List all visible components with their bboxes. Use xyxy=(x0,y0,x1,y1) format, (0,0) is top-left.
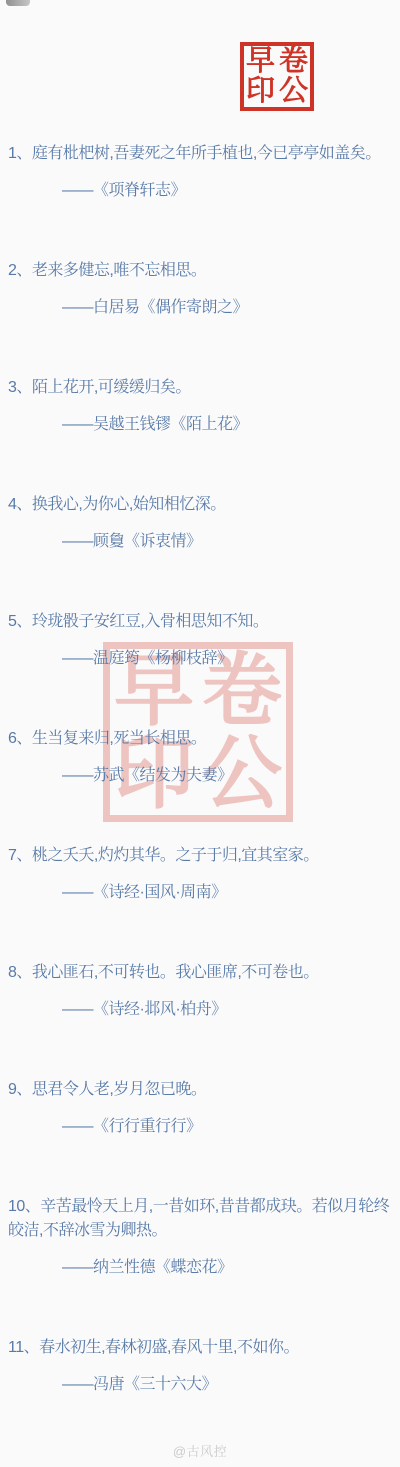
source-line: ——《诗经·国风·周南》 xyxy=(8,881,400,905)
quote-item: 4、换我心,为你心,始知相忆深。——顾敻《诉衷情》 xyxy=(8,493,400,554)
corner-artifact xyxy=(6,0,30,6)
source-line: ——《行行重行行》 xyxy=(8,1115,400,1139)
seal-char: 早 xyxy=(244,46,277,77)
quote-item: 8、我心匪石,不可转也。我心匪席,不可卷也。——《诗经·邶风·柏舟》 xyxy=(8,961,400,1022)
source-line: ——顾敻《诉衷情》 xyxy=(8,530,400,554)
source-line: ——《诗经·邶风·柏舟》 xyxy=(8,998,400,1022)
quote-item: 1、庭有枇杷树,吾妻死之年所手植也,今已亭亭如盖矣。——《项脊轩志》 xyxy=(8,142,400,203)
seal-stamp: 早 卷 印 公 xyxy=(240,42,314,111)
quote-line: 7、桃之夭夭,灼灼其华。之子于归,宜其室家。 xyxy=(8,844,400,868)
quote-item: 9、思君令人老,岁月忽已晚。——《行行重行行》 xyxy=(8,1078,400,1139)
source-line: ——纳兰性德《蝶恋花》 xyxy=(8,1256,400,1280)
quote-item: 6、生当复来归,死当长相思。——苏武《结发为夫妻》 xyxy=(8,727,400,788)
quote-line: 1、庭有枇杷树,吾妻死之年所手植也,今已亭亭如盖矣。 xyxy=(8,142,400,166)
quote-line: 皎洁,不辞冰雪为卿热。 xyxy=(8,1219,400,1243)
source-line: ——白居易《偶作寄朗之》 xyxy=(8,296,400,320)
footer-watermark: @古风控 xyxy=(0,1441,400,1460)
quote-line: 4、换我心,为你心,始知相忆深。 xyxy=(8,493,400,517)
source-line: ——温庭筠《杨柳枝辞》 xyxy=(8,647,400,671)
quote-item: 3、陌上花开,可缓缓归矣。——吴越王钱镠《陌上花》 xyxy=(8,376,400,437)
quote-line: 2、老来多健忘,唯不忘相思。 xyxy=(8,259,400,283)
quote-item: 2、老来多健忘,唯不忘相思。——白居易《偶作寄朗之》 xyxy=(8,259,400,320)
quote-line: 6、生当复来归,死当长相思。 xyxy=(8,727,400,751)
source-line: ——《项脊轩志》 xyxy=(8,179,400,203)
quote-line: 8、我心匪石,不可转也。我心匪席,不可卷也。 xyxy=(8,961,400,985)
source-line: ——吴越王钱镠《陌上花》 xyxy=(8,413,400,437)
seal-char: 公 xyxy=(277,77,310,108)
source-line: ——冯唐《三十六大》 xyxy=(8,1373,400,1397)
quote-list: 1、庭有枇杷树,吾妻死之年所手植也,今已亭亭如盖矣。——《项脊轩志》2、老来多健… xyxy=(0,142,400,1453)
quote-item: 5、玲珑骰子安红豆,入骨相思知不知。——温庭筠《杨柳枝辞》 xyxy=(8,610,400,671)
quote-item: 7、桃之夭夭,灼灼其华。之子于归,宜其室家。——《诗经·国风·周南》 xyxy=(8,844,400,905)
quote-line: 3、陌上花开,可缓缓归矣。 xyxy=(8,376,400,400)
quote-line: 10、辛苦最怜天上月,一昔如环,昔昔都成玦。若似月轮终 xyxy=(8,1195,400,1219)
source-line: ——苏武《结发为夫妻》 xyxy=(8,764,400,788)
quote-line: 11、春水初生,春林初盛,春风十里,不如你。 xyxy=(8,1336,400,1360)
quote-item: 11、春水初生,春林初盛,春风十里,不如你。——冯唐《三十六大》 xyxy=(8,1336,400,1397)
quote-line: 9、思君令人老,岁月忽已晚。 xyxy=(8,1078,400,1102)
quote-line: 5、玲珑骰子安红豆,入骨相思知不知。 xyxy=(8,610,400,634)
seal-char: 印 xyxy=(244,77,277,108)
seal-char: 卷 xyxy=(277,46,310,77)
quote-item: 10、辛苦最怜天上月,一昔如环,昔昔都成玦。若似月轮终皎洁,不辞冰雪为卿热。——… xyxy=(8,1195,400,1280)
